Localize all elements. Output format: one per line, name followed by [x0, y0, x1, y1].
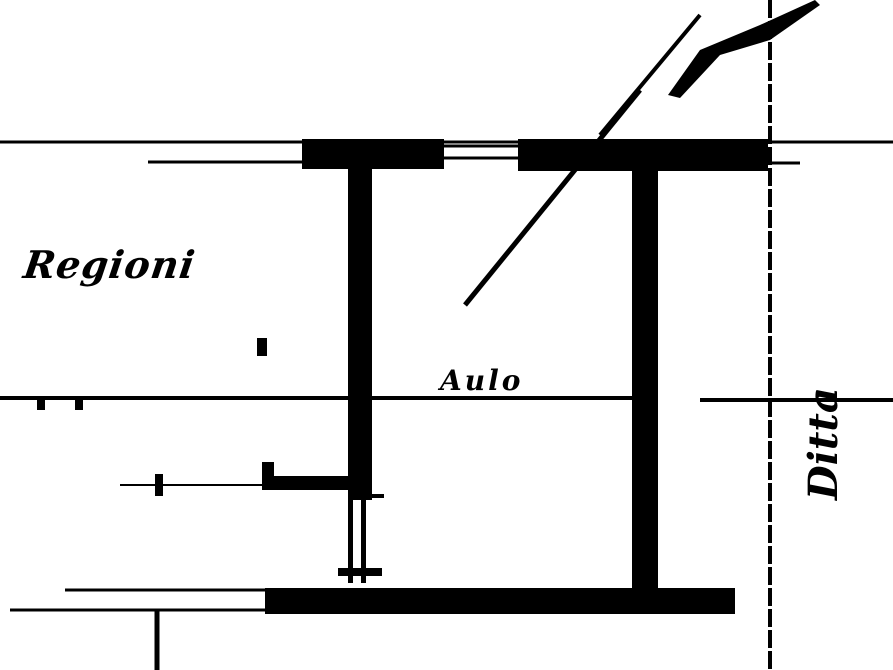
floor-plan-drawing: Regioni Aulo Ditta — [0, 0, 893, 670]
bottom-wall — [265, 588, 735, 614]
mark-a — [37, 400, 45, 410]
label-regioni: Regioni — [21, 242, 198, 287]
diagonal-stroke — [465, 90, 640, 305]
label-aulo: Aulo — [440, 364, 523, 397]
arrow-stroke — [668, 0, 820, 98]
lower-left-mark-2 — [262, 462, 274, 478]
right-wall — [632, 165, 658, 590]
left-wall — [348, 165, 372, 500]
label-ditta: Ditta — [800, 387, 847, 500]
lower-left-mark — [155, 474, 163, 496]
left-door-sill — [338, 568, 382, 576]
lower-left-wall-stub — [262, 476, 348, 490]
mark-b — [75, 400, 83, 410]
dot-mark — [257, 338, 267, 356]
top-wall — [302, 139, 444, 169]
plan-lines — [0, 0, 893, 670]
